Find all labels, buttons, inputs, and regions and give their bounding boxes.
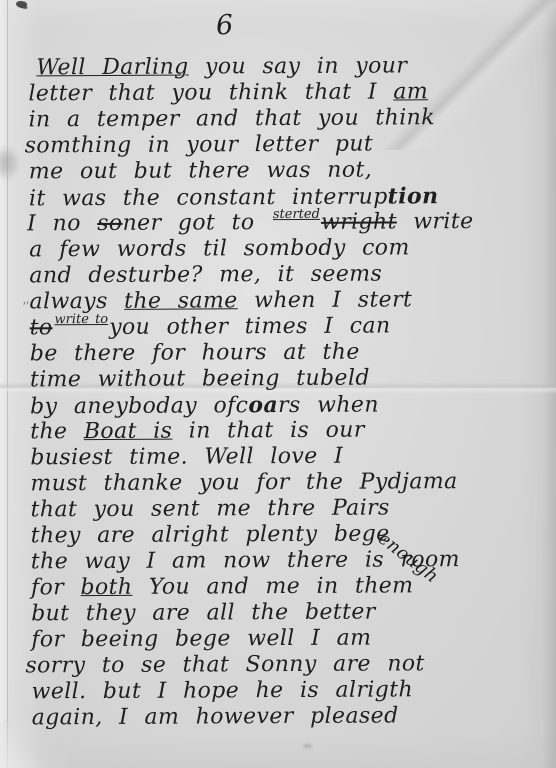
letter-line: the Boat is in that is our: [30, 417, 550, 446]
text-segment: oa: [248, 392, 278, 418]
text-segment: to: [30, 315, 53, 340]
text-segment: sorry to se that Sonny are not: [25, 651, 424, 678]
letter-line: busiest time. Well love I: [30, 443, 550, 472]
text-segment: write: [397, 209, 474, 234]
text-segment: I no: [27, 211, 97, 236]
letter-line: I no soner got to stertedwright write: [27, 209, 549, 238]
text-segment: Well Darling: [36, 55, 188, 81]
text-segment: am: [393, 79, 428, 104]
letter-line: again, I am however pleased: [32, 703, 552, 732]
text-segment: but they are all the better: [31, 600, 376, 627]
paper-speck: [303, 744, 312, 748]
text-segment: well. but I hope he is alrigth: [32, 677, 414, 704]
letter-body: Well Darling you say in yourletter that …: [28, 53, 552, 732]
text-segment: be there for hours at the: [30, 340, 360, 367]
text-segment: they are alright plenty bege: [31, 521, 390, 548]
text-segment: must thanke you for the Pydjama: [30, 469, 457, 496]
text-segment: You and me in them: [132, 573, 413, 599]
text-segment: and desturbe? me, it seems: [29, 262, 382, 289]
text-segment: you other times I can: [109, 313, 390, 339]
letter-line: for both You and me in them: [31, 573, 551, 602]
text-segment: wright: [321, 209, 397, 234]
text-segment: somthing in your letter put: [25, 132, 374, 159]
text-segment: a few words til sombody com: [29, 235, 410, 262]
letter-line: must thanke you for the Pydjama: [30, 469, 550, 498]
letter-line: Well Darling you say in your: [36, 53, 548, 82]
text-segment: it was the constant interrup: [29, 184, 388, 211]
letter-line: that you sent me thre Pairs: [31, 495, 551, 524]
text-segment: for beeing bege well I am: [31, 626, 371, 653]
letter-line: time without beeing tubeld: [30, 365, 550, 394]
text-segment: time without beeing tubeld: [30, 366, 370, 393]
text-segment: so: [97, 211, 122, 236]
page-number: 6: [215, 9, 234, 41]
letter-line: by aneyboday ofcoars when: [30, 391, 550, 420]
letter-line: but they are all the better: [31, 599, 551, 628]
text-segment: in a temper and that you think: [29, 105, 435, 132]
text-segment: that you sent me thre Pairs: [31, 495, 390, 522]
letter-line: the way I am now there is room: [31, 547, 551, 576]
text-segment: in that is our: [172, 418, 365, 444]
letter-line: well. but I hope he is alrigth: [32, 677, 552, 706]
text-segment: you say in your: [189, 53, 408, 79]
text-segment: write to: [54, 307, 108, 333]
letter-line: for beeing bege well I am: [31, 625, 551, 654]
letter-line: in a temper and that you think: [29, 105, 549, 134]
letter-line: a few words til sombody com: [29, 235, 549, 264]
text-segment: letter that you think that I: [28, 79, 393, 106]
text-segment: Boat is: [84, 419, 173, 444]
letter-line: me out but there was not,: [29, 157, 549, 186]
letter-line: they are alright plenty begeenough: [31, 521, 551, 550]
text-segment: ner got to: [122, 210, 270, 236]
scanned-letter-page: ′′ 6 Well Darling you say in yourletter …: [0, 0, 556, 768]
letter-line: letter that you think that I am: [28, 79, 548, 108]
text-segment: sterted: [273, 202, 320, 228]
letter-line: somthing in your letter put: [25, 131, 549, 160]
text-segment: rs when: [278, 393, 379, 419]
text-segment: the: [30, 419, 84, 444]
text-segment: me out but there was not,: [29, 158, 372, 185]
letter-line: and desturbe? me, it seems: [29, 261, 549, 290]
letter-line: towrite toyou other times I can: [30, 313, 550, 342]
text-segment: the same: [124, 288, 238, 314]
text-segment: when I stert: [238, 287, 413, 313]
text-segment: busiest time. Well love I: [30, 444, 343, 471]
text-segment: again, I am however pleased: [32, 703, 399, 730]
text-segment: both: [80, 575, 132, 600]
text-segment: for: [31, 575, 81, 600]
text-segment: by aneyboday ofc: [30, 393, 248, 419]
smudge-mark: [0, 148, 18, 178]
ink-blot: [15, 0, 27, 9]
text-segment: tion: [388, 183, 439, 209]
letter-line: sorry to se that Sonny are not: [25, 651, 551, 680]
letter-line: be there for hours at the: [30, 339, 550, 368]
